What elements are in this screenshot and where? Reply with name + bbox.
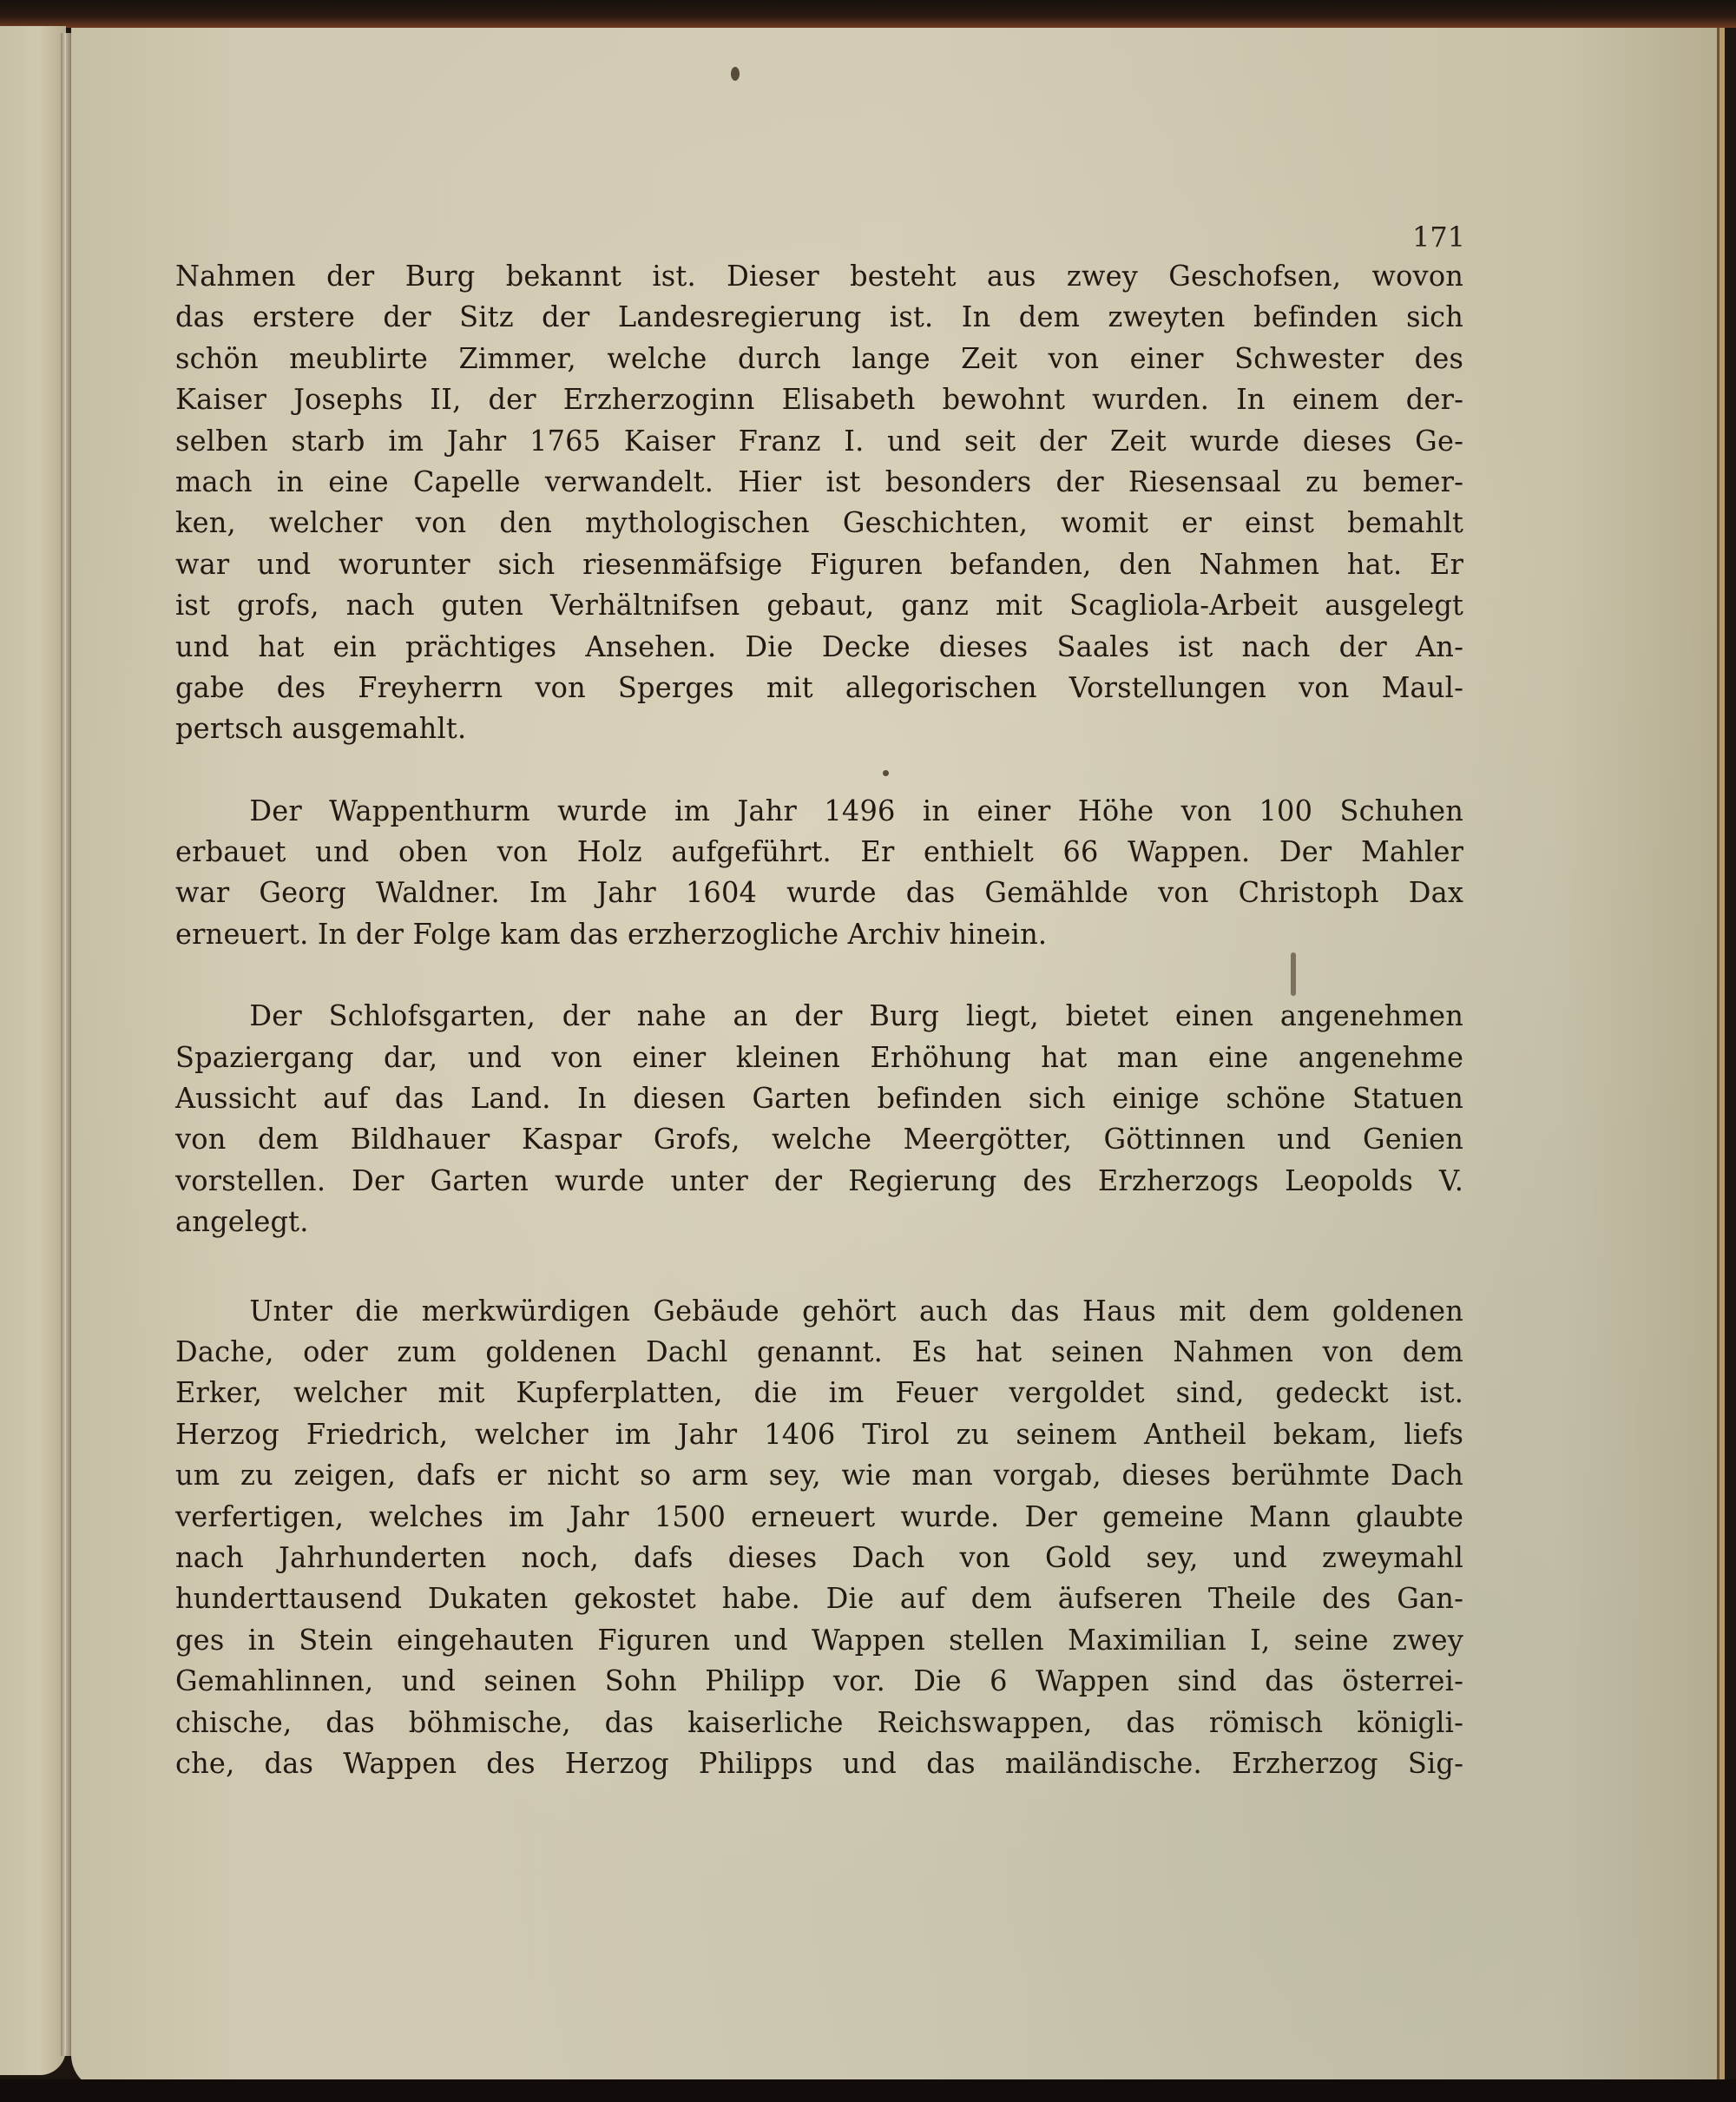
- text-line: Unter die merkwürdigen Gebäude gehört au…: [175, 1290, 1463, 1331]
- text-line: erneuert. In der Folge kam das erzherzog…: [175, 913, 1463, 954]
- paragraph-wappenthurm: Der Wappenthurm wurde im Jahr 1496 in ei…: [175, 790, 1503, 955]
- left-page-edge: [0, 26, 66, 2075]
- text-line: war Georg Waldner. Im Jahr 1604 wurde da…: [175, 872, 1463, 913]
- text-line: chische, das böhmische, das kaiserliche …: [175, 1702, 1463, 1743]
- ink-blot: [731, 67, 740, 81]
- text-line: Dache, oder zum goldenen Dachl genannt. …: [175, 1331, 1463, 1372]
- text-line: Kaiser Josephs II, der Erzherzoginn Elis…: [175, 379, 1463, 419]
- text-line: Erker, welcher mit Kupferplatten, die im…: [175, 1372, 1463, 1413]
- text-line: gabe des Freyherrn von Sperges mit alleg…: [175, 667, 1463, 708]
- text-line: hunderttausend Dukaten gekostet habe. Di…: [175, 1578, 1463, 1618]
- text-line: nach Jahrhunderten noch, dafs dieses Dac…: [175, 1537, 1463, 1578]
- paragraph-burg: Nahmen der Burg bekannt ist. Dieser best…: [175, 255, 1503, 749]
- book-page: 171 Nahmen der Burg bekannt ist. Dieser …: [71, 28, 1725, 2090]
- text-line: che, das Wappen des Herzog Philipps und …: [175, 1743, 1463, 1783]
- text-line: verfertigen, welches im Jahr 1500 erneue…: [175, 1496, 1463, 1537]
- text-line: ges in Stein eingehauten Figuren und Wap…: [175, 1619, 1463, 1660]
- text-line: ken, welcher von den mythologischen Gesc…: [175, 502, 1463, 543]
- text-line: um zu zeigen, dafs er nicht so arm sey, …: [175, 1454, 1463, 1495]
- text-line: Der Schlofsgarten, der nahe an der Burg …: [175, 995, 1463, 1036]
- paragraph-goldenes-dachl: Unter die merkwürdigen Gebäude gehört au…: [175, 1290, 1503, 1784]
- text-line: vorstellen. Der Garten wurde unter der R…: [175, 1160, 1463, 1201]
- text-line: pertsch ausgemahlt.: [175, 708, 1463, 748]
- text-line: Nahmen der Burg bekannt ist. Dieser best…: [175, 255, 1463, 296]
- text-line: und hat ein prächtiges Ansehen. Die Deck…: [175, 626, 1463, 667]
- text-line: war und worunter sich riesenmäfsige Figu…: [175, 544, 1463, 584]
- book-cover-top-edge: [0, 0, 1736, 28]
- book-bottom-edge: [0, 2079, 1736, 2102]
- text-line: selben starb im Jahr 1765 Kaiser Franz I…: [175, 420, 1463, 461]
- text-line: ist grofs, nach guten Verhältnifsen geba…: [175, 584, 1463, 625]
- text-line: von dem Bildhauer Kaspar Grofs, welche M…: [175, 1118, 1463, 1159]
- text-line: erbauet und oben von Holz aufgeführt. Er…: [175, 831, 1463, 872]
- ink-blot: [1291, 952, 1296, 996]
- text-line: Aussicht auf das Land. In diesen Garten …: [175, 1077, 1463, 1118]
- ink-blot: [883, 770, 889, 776]
- text-line: mach in eine Capelle verwandelt. Hier is…: [175, 461, 1463, 502]
- text-line: Der Wappenthurm wurde im Jahr 1496 in ei…: [175, 790, 1463, 831]
- text-line: Herzog Friedrich, welcher im Jahr 1406 T…: [175, 1413, 1463, 1454]
- text-line: Spaziergang dar, und von einer kleinen E…: [175, 1037, 1463, 1077]
- page-number: 171: [1412, 221, 1465, 254]
- paragraph-spacing: [175, 954, 1503, 995]
- paragraph-spacing: [175, 1242, 1503, 1290]
- scanned-book-spread: 171 Nahmen der Burg bekannt ist. Dieser …: [0, 0, 1736, 2102]
- text-line: schön meublirte Zimmer, welche durch lan…: [175, 338, 1463, 379]
- text-line: Gemahlinnen, und seinen Sohn Philipp vor…: [175, 1660, 1463, 1701]
- paragraph-schlossgarten: Der Schlofsgarten, der nahe an der Burg …: [175, 995, 1503, 1242]
- paragraph-spacing: [175, 749, 1503, 790]
- text-line: das erstere der Sitz der Landesregierung…: [175, 296, 1463, 337]
- text-line: angelegt.: [175, 1201, 1463, 1242]
- page-body-text: Nahmen der Burg bekannt ist. Dieser best…: [175, 255, 1503, 1783]
